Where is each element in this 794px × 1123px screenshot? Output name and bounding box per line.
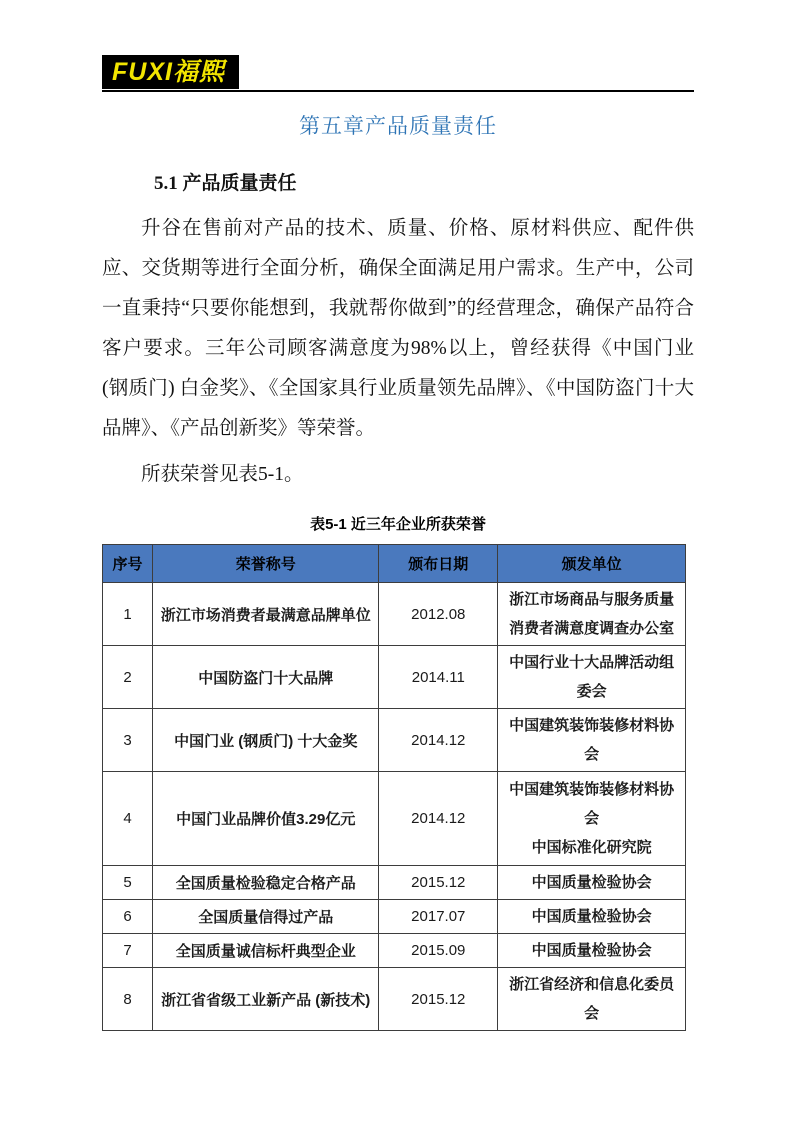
honors-table-body: 1 浙江市场消费者最满意品牌单位 2012.08 浙江市场商品与服务质量消费者满… [103,583,686,1031]
row-index-cell: 4 [103,772,153,866]
row-index-cell: 5 [103,866,153,900]
table-row: 5 全国质量检验稳定合格产品 2015.12 中国质量检验协会 [103,866,686,900]
issuer-cell: 中国行业十大品牌活动组委会 [498,646,686,709]
issue-date-cell: 2015.09 [379,934,498,968]
table-row: 6 全国质量信得过产品 2017.07 中国质量检验协会 [103,900,686,934]
table-row: 3 中国门业 (钢质门) 十大金奖 2014.12 中国建筑装饰装修材料协会 [103,709,686,772]
body-paragraph-1: 升谷在售前对产品的技术、质量、价格、原材料供应、配件供应、交货期等进行全面分析，… [102,209,694,449]
row-index-cell: 1 [103,583,153,646]
chapter-title: 第五章产品质量责任 [102,110,694,140]
issue-date-cell: 2012.08 [379,583,498,646]
honor-name-cell: 全国质量信得过产品 [153,900,379,934]
header-divider [102,90,694,92]
honor-name-cell: 中国门业品牌价值3.29亿元 [153,772,379,866]
issuer-cell: 浙江省经济和信息化委员会 [498,968,686,1031]
document-page: FUXI福熙 第五章产品质量责任 5.1 产品质量责任 升谷在售前对产品的技术、… [0,0,794,1123]
header-cell-index: 序号 [103,545,153,583]
table-caption: 表5-1 近三年企业所获荣誉 [102,513,694,534]
issue-date-cell: 2015.12 [379,866,498,900]
row-index-cell: 3 [103,709,153,772]
issue-date-cell: 2017.07 [379,900,498,934]
honor-name-cell: 浙江市场消费者最满意品牌单位 [153,583,379,646]
row-index-cell: 6 [103,900,153,934]
row-index-cell: 8 [103,968,153,1031]
issuer-cell: 中国建筑装饰装修材料协会 [498,709,686,772]
table-row: 8 浙江省省级工业新产品 (新技术) 2015.12 浙江省经济和信息化委员会 [103,968,686,1031]
honors-table: 序号 荣誉称号 颁布日期 颁发单位 1 浙江市场消费者最满意品牌单位 2012.… [102,544,686,1031]
header-cell-unit: 颁发单位 [498,545,686,583]
page-content: FUXI福熙 第五章产品质量责任 5.1 产品质量责任 升谷在售前对产品的技术、… [102,0,694,1031]
issuer-cell: 中国建筑装饰装修材料协会 中国标准化研究院 [498,772,686,866]
honor-name-cell: 中国防盗门十大品牌 [153,646,379,709]
issue-date-cell: 2014.11 [379,646,498,709]
company-logo: FUXI福熙 [102,55,239,89]
issue-date-cell: 2015.12 [379,968,498,1031]
honors-table-header: 序号 荣誉称号 颁布日期 颁发单位 [103,545,686,583]
issuer-cell: 中国质量检验协会 [498,866,686,900]
table-row: 2 中国防盗门十大品牌 2014.11 中国行业十大品牌活动组委会 [103,646,686,709]
row-index-cell: 2 [103,646,153,709]
issue-date-cell: 2014.12 [379,709,498,772]
table-row: 4 中国门业品牌价值3.29亿元 2014.12 中国建筑装饰装修材料协会 中国… [103,772,686,866]
issuer-cell: 中国质量检验协会 [498,934,686,968]
table-row: 1 浙江市场消费者最满意品牌单位 2012.08 浙江市场商品与服务质量消费者满… [103,583,686,646]
header-cell-date: 颁布日期 [379,545,498,583]
issuer-cell: 浙江市场商品与服务质量消费者满意度调查办公室 [498,583,686,646]
honor-name-cell: 全国质量检验稳定合格产品 [153,866,379,900]
honor-name-cell: 中国门业 (钢质门) 十大金奖 [153,709,379,772]
honor-name-cell: 浙江省省级工业新产品 (新技术) [153,968,379,1031]
header-row: 序号 荣誉称号 颁布日期 颁发单位 [103,545,686,583]
table-row: 7 全国质量诚信标杆典型企业 2015.09 中国质量检验协会 [103,934,686,968]
row-index-cell: 7 [103,934,153,968]
honor-name-cell: 全国质量诚信标杆典型企业 [153,934,379,968]
body-paragraph-2: 所获荣誉见表5-1。 [102,455,694,495]
issuer-cell: 中国质量检验协会 [498,900,686,934]
header-cell-honor: 荣誉称号 [153,545,379,583]
section-heading: 5.1 产品质量责任 [154,168,694,195]
issue-date-cell: 2014.12 [379,772,498,866]
